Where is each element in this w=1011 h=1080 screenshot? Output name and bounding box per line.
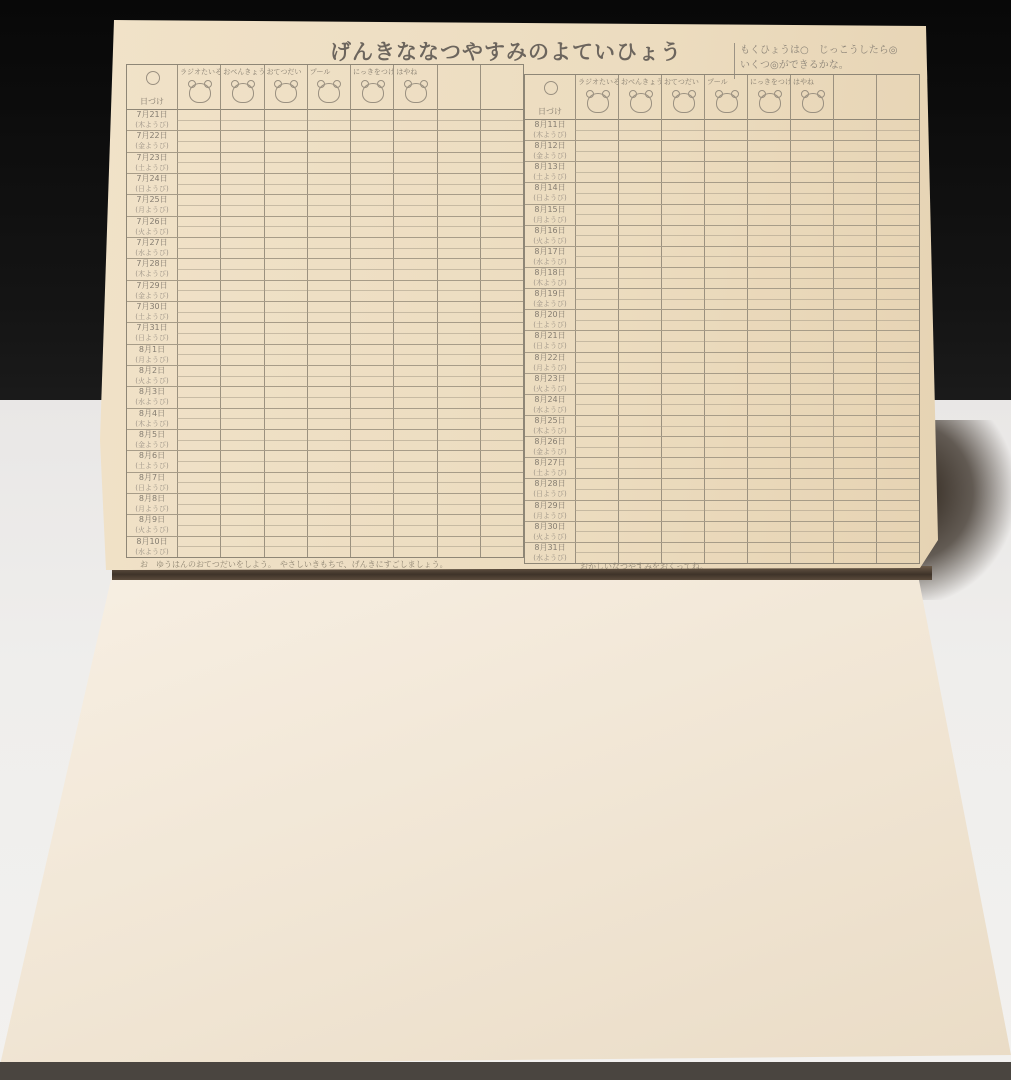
date-cell: 7月24日(日ようび) (127, 174, 177, 194)
activity-label: にっきをつける (353, 68, 393, 76)
date-cell: 8月19日(金ようび) (525, 289, 575, 309)
date-cell: 7月21日(木ようび) (127, 110, 177, 130)
weekday-label: (金ようび) (525, 299, 575, 309)
half-row-divider (575, 256, 919, 257)
date-label: 7月23日 (127, 153, 177, 163)
date-cell: 8月2日(火ようび) (127, 366, 177, 386)
weekday-label: (月ようび) (525, 511, 575, 521)
date-header-cell: 日づけ (127, 65, 177, 109)
date-label: 8月26日 (525, 437, 575, 447)
row-divider (525, 225, 919, 226)
half-row-divider (177, 397, 523, 398)
weekday-label: (火ようび) (525, 236, 575, 246)
weekday-label: (月ようび) (127, 205, 177, 215)
weekday-label: (金ようび) (127, 141, 177, 151)
half-row-divider (177, 418, 523, 419)
date-cell: 7月26日(火ようび) (127, 217, 177, 237)
date-cell: 7月30日(土ようび) (127, 302, 177, 322)
weekday-label: (土ようび) (525, 468, 575, 478)
date-label: 8月23日 (525, 374, 575, 384)
half-row-divider (177, 482, 523, 483)
bear-illustration-icon (232, 83, 254, 103)
half-row-divider (575, 383, 919, 384)
row-divider (525, 309, 919, 310)
weekday-label: (日ようび) (525, 193, 575, 203)
row-divider (127, 216, 523, 217)
weekday-label: (金ようび) (127, 291, 177, 301)
bear-illustration-icon (587, 93, 609, 113)
weekday-label: (木ようび) (525, 426, 575, 436)
activity-header-cell: プール (307, 65, 350, 109)
date-label: 8月30日 (525, 522, 575, 532)
date-cell: 8月21日(日ようび) (525, 331, 575, 351)
half-row-divider (177, 184, 523, 185)
weekday-label: (金ようび) (525, 447, 575, 457)
date-label: 7月28日 (127, 259, 177, 269)
activity-header-cell: おべんきょう (618, 75, 661, 119)
activity-header-cell: はやね (393, 65, 436, 109)
date-header-label: 日づけ (127, 96, 177, 107)
half-row-divider (575, 130, 919, 131)
date-cell: 8月28日(日ようび) (525, 479, 575, 499)
date-cell: 8月29日(月ようび) (525, 501, 575, 521)
weekday-label: (土ようび) (525, 320, 575, 330)
date-cell: 8月26日(金ようび) (525, 437, 575, 457)
bear-illustration-icon (673, 93, 695, 113)
activity-label: ラジオたいそう (180, 68, 220, 76)
date-label: 8月16日 (525, 226, 575, 236)
date-cell: 8月11日(木ようび) (525, 120, 575, 140)
activity-label: おてつだい (664, 78, 699, 86)
weekday-label: (木ようび) (127, 419, 177, 429)
half-row-divider (575, 468, 919, 469)
half-row-divider (575, 341, 919, 342)
weekday-label: (日ようび) (127, 184, 177, 194)
schedule-grid-right: 日づけラジオたいそうおべんきょうおてつだいプールにっきをつけるはやね8月11日(… (524, 74, 920, 564)
row-divider (127, 472, 523, 473)
weekday-label: (水ようび) (525, 257, 575, 267)
weekday-label: (土ようび) (127, 312, 177, 322)
date-cell: 8月17日(水ようび) (525, 247, 575, 267)
footer-left-text: お ゆうはんのおてつだいをしよう。 やさしいきもちで、げんきにすごしましょう。 (140, 559, 448, 570)
weekday-label: (月ようび) (525, 363, 575, 373)
date-label: 8月18日 (525, 268, 575, 278)
row-divider (127, 130, 523, 131)
half-row-divider (575, 362, 919, 363)
half-row-divider (177, 205, 523, 206)
row-divider (525, 478, 919, 479)
date-label: 8月11日 (525, 120, 575, 130)
date-cell: 8月7日(日ようび) (127, 473, 177, 493)
weekday-label: (水ようび) (525, 553, 575, 563)
date-label: 8月29日 (525, 501, 575, 511)
date-cell: 8月13日(土ようび) (525, 162, 575, 182)
bear-illustration-icon (630, 93, 652, 113)
bear-illustration-icon (759, 93, 781, 113)
weekday-label: (月ようび) (525, 215, 575, 225)
blank-board-page (0, 575, 1011, 1065)
weekday-label: (日ようび) (127, 333, 177, 343)
half-row-divider (177, 141, 523, 142)
date-label: 7月24日 (127, 174, 177, 184)
sheet-title: げんきななつやすみのよていひょう (330, 36, 682, 66)
date-cell: 8月27日(土ようび) (525, 458, 575, 478)
half-row-divider (575, 426, 919, 427)
date-label: 7月21日 (127, 110, 177, 120)
date-cell: 7月25日(月ようび) (127, 195, 177, 215)
row-divider (127, 514, 523, 515)
weekday-label: (月ようび) (127, 355, 177, 365)
row-divider (525, 394, 919, 395)
activity-label: にっきをつける (750, 78, 790, 86)
row-divider (127, 365, 523, 366)
date-cell: 7月31日(日ようび) (127, 323, 177, 343)
half-row-divider (575, 320, 919, 321)
flower-icon (544, 81, 558, 95)
activity-label: ラジオたいそう (578, 78, 618, 86)
date-label: 8月28日 (525, 479, 575, 489)
date-cell: 8月5日(金ようび) (127, 430, 177, 450)
date-label: 8月5日 (127, 430, 177, 440)
date-cell: 8月6日(土ようび) (127, 451, 177, 471)
activity-header-cell (876, 75, 919, 119)
row-divider (525, 330, 919, 331)
half-row-divider (177, 120, 523, 121)
date-label: 8月14日 (525, 183, 575, 193)
date-label: 7月30日 (127, 302, 177, 312)
activity-header-cell: プール (704, 75, 747, 119)
weekday-label: (水ようび) (127, 248, 177, 258)
date-cell: 8月16日(火ようび) (525, 226, 575, 246)
activity-label: はやね (793, 78, 814, 86)
half-row-divider (575, 172, 919, 173)
bear-illustration-icon (189, 83, 211, 103)
bear-illustration-icon (716, 93, 738, 113)
date-cell: 8月9日(火ようび) (127, 515, 177, 535)
activity-label: プール (707, 78, 728, 86)
date-label: 8月1日 (127, 345, 177, 355)
row-divider (127, 429, 523, 430)
half-row-divider (177, 440, 523, 441)
date-label: 8月19日 (525, 289, 575, 299)
date-cell: 8月22日(月ようび) (525, 353, 575, 373)
row-divider (525, 267, 919, 268)
weekday-label: (日ようび) (525, 489, 575, 499)
date-cell: 8月3日(水ようび) (127, 387, 177, 407)
date-cell: 8月30日(火ようび) (525, 522, 575, 542)
date-cell: 8月15日(月ようび) (525, 205, 575, 225)
date-header-label: 日づけ (525, 106, 575, 117)
half-row-divider (177, 248, 523, 249)
half-row-divider (177, 546, 523, 547)
date-label: 7月29日 (127, 281, 177, 291)
half-row-divider (177, 312, 523, 313)
half-row-divider (177, 333, 523, 334)
date-label: 8月7日 (127, 473, 177, 483)
activity-header-cell: にっきをつける (350, 65, 393, 109)
date-label: 8月31日 (525, 543, 575, 553)
row-divider (127, 280, 523, 281)
activity-header-cell: ラジオたいそう (575, 75, 618, 119)
half-row-divider (177, 226, 523, 227)
date-cell: 7月27日(水ようび) (127, 238, 177, 258)
weekday-label: (火ようび) (127, 525, 177, 535)
row-divider (525, 288, 919, 289)
schedule-sheet: げんきななつやすみのよていひょう もくひょうは○ じっこうしたら◎ いくつ◎がで… (100, 20, 938, 570)
weekday-label: (火ようび) (127, 227, 177, 237)
date-label: 8月24日 (525, 395, 575, 405)
date-cell: 8月18日(木ようび) (525, 268, 575, 288)
half-row-divider (575, 489, 919, 490)
row-divider (127, 322, 523, 323)
date-cell: 8月20日(土ようび) (525, 310, 575, 330)
date-label: 8月17日 (525, 247, 575, 257)
half-row-divider (177, 376, 523, 377)
date-label: 7月26日 (127, 217, 177, 227)
weekday-label: (日ようび) (525, 341, 575, 351)
row-divider (127, 536, 523, 537)
date-cell: 8月1日(月ようび) (127, 345, 177, 365)
row-divider (525, 246, 919, 247)
activity-label: おべんきょう (621, 78, 661, 86)
date-label: 8月9日 (127, 515, 177, 525)
half-row-divider (575, 193, 919, 194)
date-label: 8月2日 (127, 366, 177, 376)
half-row-divider (575, 552, 919, 553)
half-row-divider (177, 504, 523, 505)
schedule-grid-left: 日づけラジオたいそうおべんきょうおてつだいプールにっきをつけるはやね7月21日(… (126, 64, 524, 558)
row-divider (127, 194, 523, 195)
date-cell: 8月12日(金ようび) (525, 141, 575, 161)
row-divider (525, 500, 919, 501)
activity-header-cell (437, 65, 480, 109)
date-label: 8月25日 (525, 416, 575, 426)
activity-label: おべんきょう (223, 68, 263, 76)
row-divider (525, 457, 919, 458)
date-cell: 8月14日(日ようび) (525, 183, 575, 203)
row-divider (525, 542, 919, 543)
board-bottom-edge (0, 1062, 1011, 1080)
weekday-label: (土ようび) (127, 163, 177, 173)
weekday-label: (土ようび) (127, 461, 177, 471)
activity-header-cell: ラジオたいそう (177, 65, 220, 109)
bear-illustration-icon (318, 83, 340, 103)
row-divider (127, 301, 523, 302)
date-label: 8月8日 (127, 494, 177, 504)
date-label: 7月31日 (127, 323, 177, 333)
row-divider (525, 204, 919, 205)
date-cell: 8月4日(木ようび) (127, 409, 177, 429)
half-row-divider (575, 151, 919, 152)
activity-header-cell: おてつだい (264, 65, 307, 109)
weekday-label: (木ようび) (525, 278, 575, 288)
row-divider (127, 408, 523, 409)
weekday-label: (水ようび) (127, 547, 177, 557)
date-label: 8月22日 (525, 353, 575, 363)
date-cell: 8月31日(水ようび) (525, 543, 575, 563)
date-label: 8月12日 (525, 141, 575, 151)
half-row-divider (575, 235, 919, 236)
weekday-label: (土ようび) (525, 172, 575, 182)
weekday-label: (木ようび) (127, 120, 177, 130)
row-divider (127, 450, 523, 451)
activity-header-cell: おべんきょう (220, 65, 263, 109)
half-row-divider (575, 447, 919, 448)
bear-illustration-icon (275, 83, 297, 103)
date-label: 8月13日 (525, 162, 575, 172)
row-divider (127, 258, 523, 259)
activity-label: プール (310, 68, 331, 76)
weekday-label: (木ようび) (525, 130, 575, 140)
activity-header-cell (833, 75, 876, 119)
date-cell: 8月23日(火ようび) (525, 374, 575, 394)
date-label: 7月25日 (127, 195, 177, 205)
activity-header-cell: にっきをつける (747, 75, 790, 119)
date-label: 8月27日 (525, 458, 575, 468)
half-row-divider (575, 510, 919, 511)
date-cell: 7月23日(土ようび) (127, 153, 177, 173)
flower-icon (146, 71, 160, 85)
row-divider (525, 140, 919, 141)
date-label: 7月22日 (127, 131, 177, 141)
weekday-label: (火ようび) (127, 376, 177, 386)
row-divider (127, 344, 523, 345)
half-row-divider (177, 525, 523, 526)
activity-label: おてつだい (267, 68, 302, 76)
activity-header-cell: はやね (790, 75, 833, 119)
half-row-divider (575, 404, 919, 405)
row-divider (525, 436, 919, 437)
half-row-divider (575, 278, 919, 279)
half-row-divider (177, 354, 523, 355)
weekday-label: (木ようび) (127, 269, 177, 279)
date-label: 8月10日 (127, 537, 177, 547)
date-cell: 8月25日(木ようび) (525, 416, 575, 436)
date-cell: 7月22日(金ようび) (127, 131, 177, 151)
date-cell: 7月28日(木ようび) (127, 259, 177, 279)
row-divider (127, 173, 523, 174)
date-cell: 8月24日(水ようび) (525, 395, 575, 415)
half-row-divider (177, 269, 523, 270)
date-label: 8月6日 (127, 451, 177, 461)
activity-header-cell: おてつだい (661, 75, 704, 119)
row-divider (525, 373, 919, 374)
row-divider (525, 415, 919, 416)
half-row-divider (575, 214, 919, 215)
date-cell: 8月8日(月ようび) (127, 494, 177, 514)
weekday-label: (火ようび) (525, 384, 575, 394)
row-divider (127, 237, 523, 238)
weekday-label: (月ようび) (127, 504, 177, 514)
row-divider (525, 352, 919, 353)
date-label: 8月21日 (525, 331, 575, 341)
goal-note-line2: いくつ◎ができるかな。 (740, 58, 927, 73)
weekday-label: (金ようび) (127, 440, 177, 450)
date-label: 8月15日 (525, 205, 575, 215)
date-cell: 7月29日(金ようび) (127, 281, 177, 301)
date-cell: 8月10日(水ようび) (127, 537, 177, 557)
half-row-divider (177, 461, 523, 462)
bear-illustration-icon (802, 93, 824, 113)
row-divider (525, 521, 919, 522)
date-label: 8月4日 (127, 409, 177, 419)
weekday-label: (金ようび) (525, 151, 575, 161)
row-divider (127, 152, 523, 153)
half-row-divider (177, 162, 523, 163)
weekday-label: (水ようび) (525, 405, 575, 415)
half-row-divider (575, 299, 919, 300)
date-header-cell: 日づけ (525, 75, 575, 119)
half-row-divider (177, 290, 523, 291)
row-divider (127, 493, 523, 494)
bear-illustration-icon (405, 83, 427, 103)
weekday-label: (日ようび) (127, 483, 177, 493)
row-divider (127, 386, 523, 387)
date-label: 8月20日 (525, 310, 575, 320)
half-row-divider (575, 531, 919, 532)
activity-label: はやね (396, 68, 417, 76)
date-label: 7月27日 (127, 238, 177, 248)
weekday-label: (水ようび) (127, 397, 177, 407)
row-divider (525, 182, 919, 183)
activity-header-cell (480, 65, 523, 109)
row-divider (525, 161, 919, 162)
date-label: 8月3日 (127, 387, 177, 397)
goal-note-line1: もくひょうは○ じっこうしたら◎ (740, 43, 927, 58)
bear-illustration-icon (362, 83, 384, 103)
weekday-label: (火ようび) (525, 532, 575, 542)
